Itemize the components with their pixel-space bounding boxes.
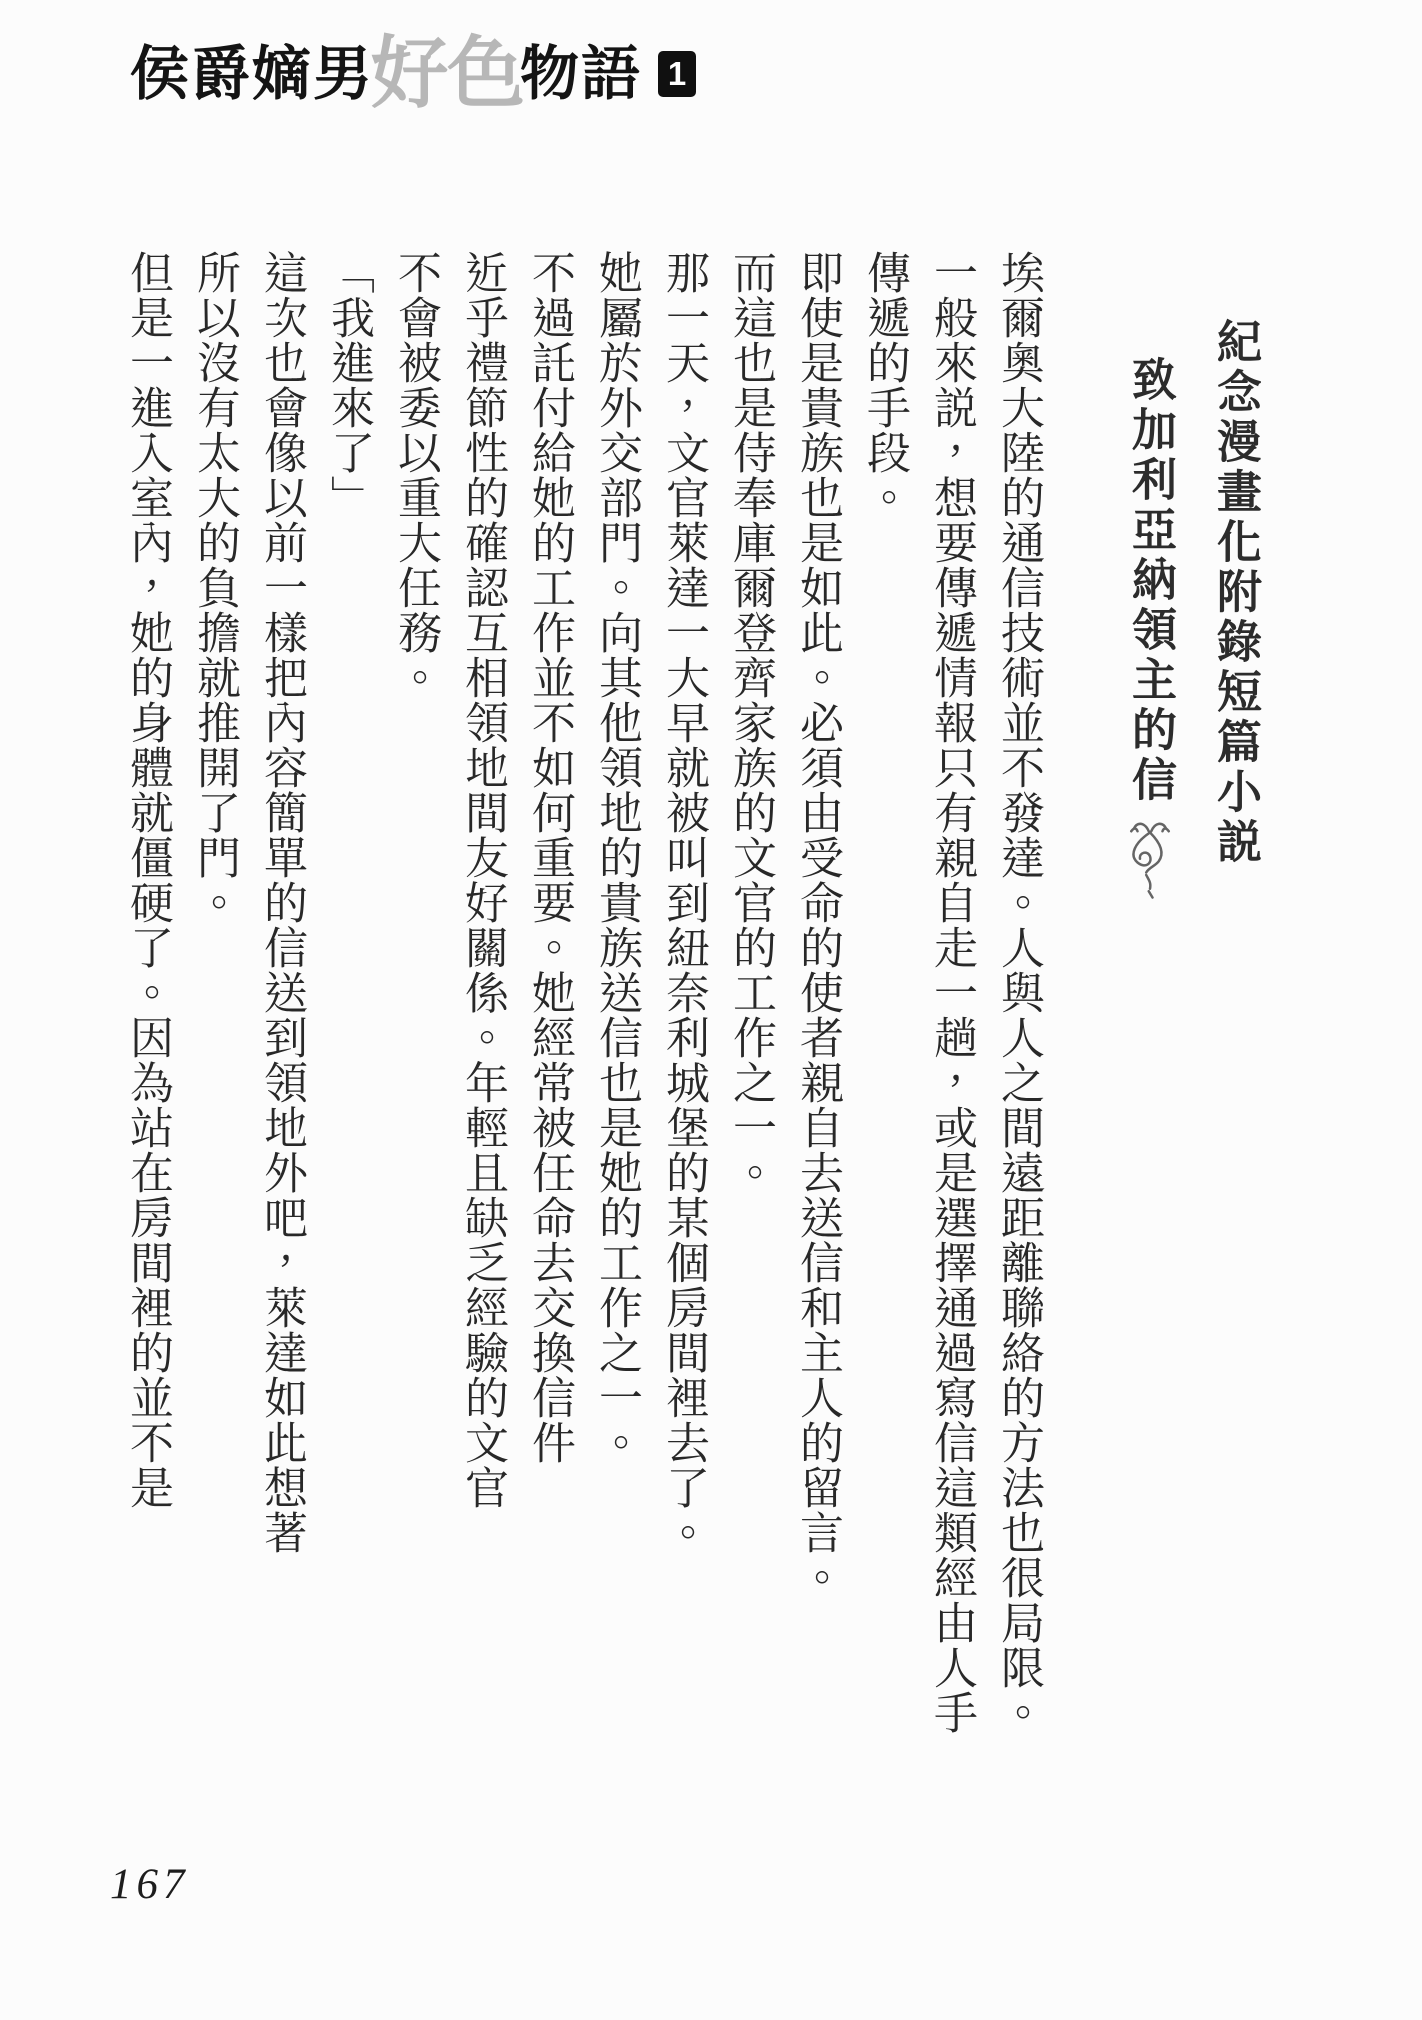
chapter-heading: 紀念漫畫化附錄短篇小説 [1203,318,1268,868]
logo-text-stylized: 好色 [371,35,523,113]
text-column: 這次也會像以前一樣把內容簡單的信送到領地外吧，萊達如此想著 [248,250,315,1798]
text-column: 「我進來了」 [315,250,382,1798]
logo-text-left: 侯爵嫡男 [130,45,374,104]
series-logo: 侯爵嫡男 好色 物語 1 [130,34,696,114]
text-column: 即使是貴族也是如此。必須由受命的使者親自去送信和主人的留言。 [784,250,851,1798]
text-column: 那一天，文官萊達一大早就被叫到紐奈利城堡的某個房間裡去了。 [650,250,717,1798]
text-column: 但是一進入室內，她的身體就僵硬了。因為站在房間裡的並不是 [114,250,181,1798]
story-text: 埃爾奧大陸的通信技術並不發達。人與人之間遠距離聯絡的方法也很局限。 一般來説，想… [110,250,1052,1798]
text-column: 一般來説，想要傳遞情報只有親自走一趟，或是選擇通過寫信這類經由人手 [918,250,985,1798]
text-column: 傳遞的手段。 [851,250,918,1798]
text-column: 不過託付給她的工作並不如何重要。她經常被任命去交換信件 [516,250,583,1798]
story-title: 致加利亞納領主的信 [1118,356,1183,900]
text-column: 近乎禮節性的確認互相領地間友好關係。年輕且缺乏經驗的文官 [449,250,516,1798]
story-title-text: 致加利亞納領主的信 [1125,356,1175,806]
text-column: 不會被委以重大任務。 [382,250,449,1798]
book-page: 侯爵嫡男 好色 物語 1 紀念漫畫化附錄短篇小説 致加利亞納領主的信 埃爾奧大陸… [0,0,1422,2020]
page-number: 167 [110,1860,190,1909]
volume-badge: 1 [658,51,696,97]
floral-flourish-icon [1124,820,1176,900]
text-column: 所以沒有太大的負擔就推開了門。 [181,250,248,1798]
text-column: 而這也是侍奉庫爾登齊家族的文官的工作之一。 [717,250,784,1798]
text-column: 埃爾奧大陸的通信技術並不發達。人與人之間遠距離聯絡的方法也很局限。 [985,250,1052,1798]
logo-text-right: 物語 [520,45,642,104]
text-column: 她屬於外交部門。向其他領地的貴族送信也是她的工作之一。 [583,250,650,1798]
